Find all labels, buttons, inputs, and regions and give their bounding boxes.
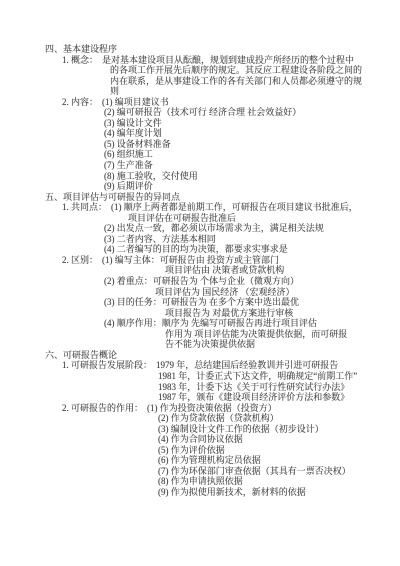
concept-text: 是对基本建设项目从酝酿，规划到建成投产所经历的整个过程中 [102,55,354,65]
difference-item-continuation: 项目评估为 国民经济 （宏观经济） [155,287,400,298]
content-item: (8) 施工验收，交付使用 [104,171,400,182]
difference-item: (3) 目的任务：可研报告为 在多个方案中选出最优 [104,297,400,308]
difference-item-continuation: 告不能为决策提供依据 [165,339,400,350]
content-item: (1) 编项目建议书 [102,97,169,107]
functions-item: (1) 作为投资决策依据（投资方） [147,403,277,413]
difference-label: 2. 区别： [62,255,98,265]
section-4-heading: 四、基本建设程序 [45,44,400,55]
difference-item-continuation: 作用为 项目评估能为决策提供依据，而可研报 [165,329,400,340]
content-item: (3) 编设计文件 [104,118,400,129]
functions-label: 2. 可研报告的作用： [62,403,143,413]
functions-item: (2) 作为贷款依据（贷款机构） [158,413,400,424]
content-item: (7) 生产准备 [104,160,400,171]
content-item: (6) 组织施工 [104,149,400,160]
functions-line: 2. 可研报告的作用：(1) 作为投资决策依据（投资方） [62,403,400,414]
functions-item: (5) 作为评价依据 [158,445,400,456]
concept-continuation: 的各项工作开展先后顺序的规定。其反应工程建设各阶段之间的 [110,65,400,76]
difference-item: (1) 编写主体：可研报告由 投资方或主管部门 [102,255,279,265]
development-label: 1. 可研报告发展阶段： [62,360,152,370]
functions-item: (9) 作为拟使用新技术，新材料的依据 [158,487,400,498]
document-page: 四、基本建设程序 1. 概念：是对基本建设项目从酝酿，规划到建成投产所经历的整个… [0,0,400,566]
development-year: 1981 年，计委正式下达文件，明确规定“前期工作” [158,371,400,382]
content-label: 2. 内容： [62,97,98,107]
functions-item: (7) 作为环保部门审查依据（其具有一票否决权） [158,466,400,477]
functions-item: (3) 编制设计文件工作的依据（初步设计） [158,424,400,435]
common-points-line: 1. 共同点：(1) 顺序上两者都是前期工作，可研报告在项目建议书批准后， [62,202,400,213]
common-item: (3) 二者内容、方法基本相同 [104,234,400,245]
common-item: (4) 二者编写的目的均为决策，都要求实事求是 [104,244,400,255]
functions-item: (4) 作为合同协议依据 [158,434,400,445]
development-year: 1983 年，计委下达《关于可行性研究试行办法》 [158,382,400,393]
content-item: (2) 编可研报告（技术可行 经济合理 社会效益好） [104,107,400,118]
section-6-heading: 六、可研报告概论 [45,350,400,361]
content-item: (9) 后期评价 [104,181,400,192]
development-year: 1979 年，总结建国后经验教训并引进可研报告 [156,360,338,370]
common-item: (1) 顺序上两者都是前期工作，可研报告在项目建议书批准后， [111,202,358,212]
difference-item: (4) 顺序作用：顺序为 先编写可研报告再进行项目评估 [104,318,400,329]
common-label: 1. 共同点： [62,202,107,212]
development-year: 1987 年，颁布《建设项目经济评价方法和参数》 [158,392,400,403]
difference-item-continuation: 项目报告为 对最优方案进行审核 [165,308,400,319]
section-4-concept-line: 1. 概念：是对基本建设项目从酝酿，规划到建成投产所经历的整个过程中 [62,55,400,66]
functions-item: (8) 作为申请执照依据 [158,476,400,487]
concept-continuation: 则 [110,86,400,97]
section-4-content-line: 2. 内容：(1) 编项目建议书 [62,97,400,108]
development-line: 1. 可研报告发展阶段：1979 年，总结建国后经验教训并引进可研报告 [62,360,400,371]
content-item: (5) 设备材料准备 [104,139,400,150]
functions-item: (6) 作为管理机构定员依据 [158,455,400,466]
common-item-continuation: 项目评估在可研报告批准后 [128,213,400,224]
concept-label: 1. 概念： [62,55,98,65]
difference-item: (2) 着重点：可研报告为 个体与企业（微观方向） [104,276,400,287]
content-item: (4) 编年度计划 [104,128,400,139]
section-5-heading: 五、项目评估与可研报告的异同点 [45,192,400,203]
common-item: (2) 出发点一致，都必须以市场需求为主，满足相关法规 [104,223,400,234]
difference-line: 2. 区别：(1) 编写主体：可研报告由 投资方或主管部门 [62,255,400,266]
concept-continuation: 内在联系，是从事建设工作的各有关部门和人员都必须遵守的规 [110,76,400,87]
difference-item-continuation: 项目评估由 决策者或贷款机构 [165,265,400,276]
